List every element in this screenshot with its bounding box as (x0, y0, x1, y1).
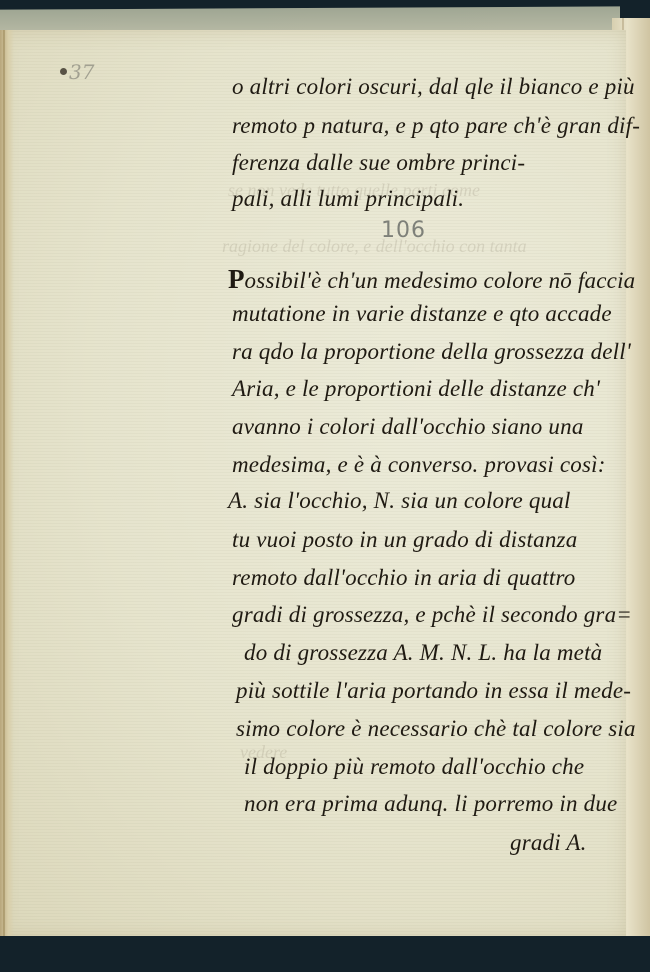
text-line: gradi di grossezza, e pchè il secondo gr… (232, 602, 632, 628)
catchword: gradi A. (510, 830, 587, 856)
bleed-through-line: ragione del colore, e dell'occhio con ta… (222, 236, 527, 257)
text-line: do di grossezza A. M. N. L. ha la metà (244, 640, 602, 666)
text-line: remoto p natura, e p qto pare ch'è gran … (232, 113, 640, 139)
text-line: remoto dall'occhio in aria di quattro (232, 565, 575, 591)
text-line: ra qdo la proportione della grossezza de… (232, 339, 631, 365)
corner-mark-text: 37 (69, 60, 94, 84)
text-line: Aria, e le proportioni delle distanze ch… (232, 376, 600, 402)
text-line: mutatione in varie distanze e qto accade (232, 301, 612, 327)
text-line: ferenza dalle sue ombre princi- (232, 150, 525, 176)
first-line-text: ossibil'è ch'un medesimo colore nō facci… (245, 268, 636, 293)
text-line: non era prima adunq. li porremo in due (244, 791, 617, 817)
binding-gutter (0, 30, 14, 938)
text-line: più sottile l'aria portando in essa il m… (236, 678, 631, 704)
text-line: tu vuoi posto in un grado di distanza (232, 527, 577, 553)
corner-mark: 37 (60, 60, 94, 84)
text-line: A. sia l'occhio, N. sia un colore qual (228, 488, 571, 514)
ink-blot-icon (60, 68, 67, 75)
text-line: o altri colori oscuri, dal qle il bianco… (232, 74, 635, 100)
text-line: avanno i colori dall'occhio siano una (232, 414, 584, 440)
text-line: pali, alli lumi principali. (232, 186, 464, 212)
text-line: il doppio più remoto dall'occhio che (244, 754, 584, 780)
scan-background-bottom (0, 936, 650, 972)
text-line: medesima, e è à converso. provasi così: (232, 452, 606, 478)
initial-letter: P (228, 264, 245, 294)
manuscript-scan: 37 se non vede tutto quelle parti come r… (0, 0, 650, 972)
text-line: simo colore è necessario chè tal colore … (236, 716, 636, 742)
paragraph-first-line: Possibil'è ch'un medesimo colore nō facc… (228, 264, 635, 295)
manuscript-page: 37 se non vede tutto quelle parti come r… (0, 30, 626, 940)
folio-number: 106 (381, 218, 426, 243)
